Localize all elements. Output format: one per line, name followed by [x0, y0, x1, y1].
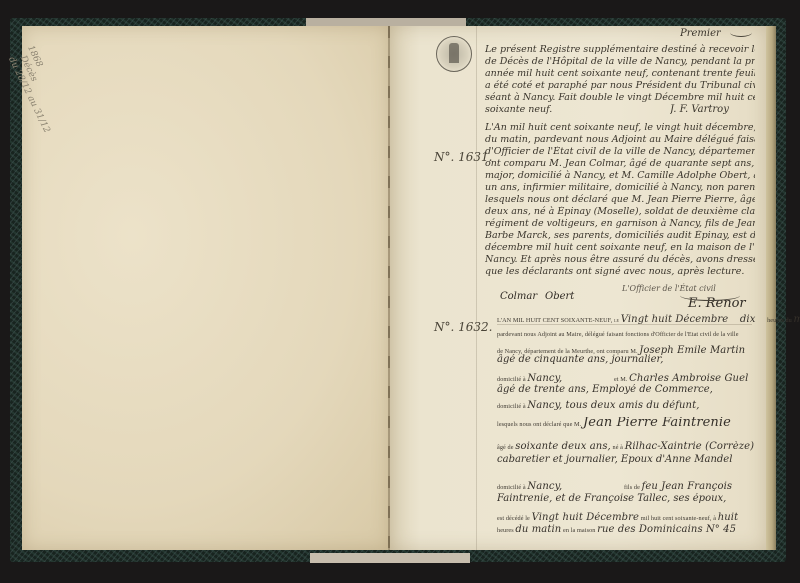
entry-text-line: un ans, infirmier militaire, domicilié à…: [485, 182, 755, 194]
printed-text: et M.: [614, 376, 628, 383]
handwritten-fill: soixante deux ans,: [515, 441, 611, 452]
printed-text: L'AN MIL HUIT CENT SOIXANTE-NEUF, le: [497, 317, 619, 324]
handwritten-fill: rue des Dominicains N° 45: [597, 524, 736, 535]
form-line: lesquels nous ont déclaré que M. Jean Pi…: [497, 417, 731, 431]
handwritten-fill: Nancy, tous deux amis du défunt,: [527, 400, 699, 411]
entry-text-line: d'Officier de l'État civil de la ville d…: [485, 146, 755, 158]
binding-tape-bottom: [310, 553, 470, 563]
printed-text: heures du: [767, 317, 792, 324]
printed-text: domicilié à: [497, 484, 526, 491]
form-line: pardevant nous Adjoint au Maire, délégué…: [497, 329, 739, 341]
printed-text: heures: [497, 527, 514, 534]
form-line: domicilié à Nancy, tous deux amis du déf…: [497, 400, 700, 413]
form-line: heures du matin en la maison rue des Dom…: [497, 524, 736, 537]
closing-text-line: Le présent Registre supplémentaire desti…: [485, 44, 755, 56]
handwritten-fill: âgé de trente ans, Employé de Commerce,: [497, 384, 713, 395]
paraph-signature: J. F. Vartroy: [670, 104, 729, 115]
entry-text-line: du matin, pardevant nous Adjoint au Mair…: [485, 134, 755, 146]
printed-text: est décédé le: [497, 515, 530, 522]
printed-text: en la maison: [563, 527, 595, 534]
entry-text-line: ont comparu M. Jean Colmar, âgé de quara…: [485, 158, 755, 170]
entry-text-line: Barbe Marck, ses parents, domiciliés aud…: [485, 230, 755, 242]
form-line: L'AN MIL HUIT CENT SOIXANTE-NEUF, le Vin…: [497, 314, 800, 327]
margin-rule: [476, 26, 477, 550]
entry-number: N°. 1631.: [434, 150, 492, 164]
deceased-name: Jean Pierre Faintrenie: [583, 417, 731, 430]
entry-text-line: L'An mil huit cent soixante neuf, le vin…: [485, 122, 755, 134]
form-line: âgé de soixante deux ans, né à Rilhac-Xa…: [497, 441, 754, 454]
signature-colmar: Colmar: [500, 291, 537, 302]
printed-text: né à: [613, 444, 624, 451]
handwritten-fill: du matin: [515, 524, 561, 535]
entry-text-line: deux ans, né à Épinay (Moselle), soldat …: [485, 206, 755, 218]
printed-text: domicilié à: [497, 403, 526, 410]
handwritten-fill: Nancy,: [527, 481, 562, 492]
handwritten-fill: Charles Ambroise Guel: [629, 373, 748, 384]
header-note: Premier: [680, 28, 721, 39]
signature-flourish: [680, 290, 740, 301]
page-edges: [766, 26, 776, 550]
handwritten-fill: âgé de cinquante ans, journalier,: [497, 354, 663, 365]
entry-text-line: Nancy. Et après nous être assuré du décè…: [485, 254, 755, 266]
entry-text-line: que les déclarants ont signé avec nous, …: [485, 266, 755, 278]
entry-number: N°. 1632.: [434, 320, 492, 334]
handwritten-fill: Rilhac-Xaintrie (Corrèze): [625, 441, 754, 452]
entry-text-line: major, domicilié à Nancy, et M. Camille …: [485, 170, 755, 182]
signature-obert: Obert: [545, 291, 574, 302]
handwritten-fill: Vingt huit Décembre: [532, 512, 640, 523]
closing-text-line: séant à Nancy. Fait double le vingt Déce…: [485, 92, 755, 104]
entry-text-line: régiment de voltigeurs, en garnison à Na…: [485, 218, 755, 230]
closing-text-line: a été coté et paraphé par nous Président…: [485, 80, 755, 92]
printed-text: mil huit cent soixante-neuf, à: [641, 515, 716, 522]
left-page: 1868 Décès du 28/12 au 31/12: [22, 26, 390, 550]
printed-text: fils de: [624, 484, 640, 491]
handwritten-fill: feu Jean François: [642, 481, 733, 492]
printed-text: domicilié à: [497, 376, 526, 383]
handwritten-fill: Faintrenie, et de Françoise Tallec, ses …: [497, 493, 726, 504]
closing-text-line: année mil huit cent soixante neuf, conte…: [485, 68, 755, 80]
rule: [497, 324, 752, 325]
closing-text-line: de Décès de l'Hôpital de la ville de Nan…: [485, 56, 755, 68]
entry-text-line: lesquels nous ont déclaré que M. Jean Pi…: [485, 194, 755, 206]
handwritten-fill: cabaretier et journalier, Époux d'Anne M…: [497, 454, 732, 465]
handwritten-fill: Nancy,: [527, 373, 562, 384]
embossed-seal-icon: [436, 36, 472, 72]
entry-text-line: décembre mil huit cent soixante neuf, en…: [485, 242, 755, 254]
handwritten-fill: matin: [794, 314, 800, 325]
header-flourish: [730, 28, 752, 37]
printed-text: âgé de: [497, 444, 514, 451]
handwritten-fill: huit: [718, 512, 739, 523]
printed-text: lesquels nous ont déclaré que M.: [497, 421, 581, 428]
